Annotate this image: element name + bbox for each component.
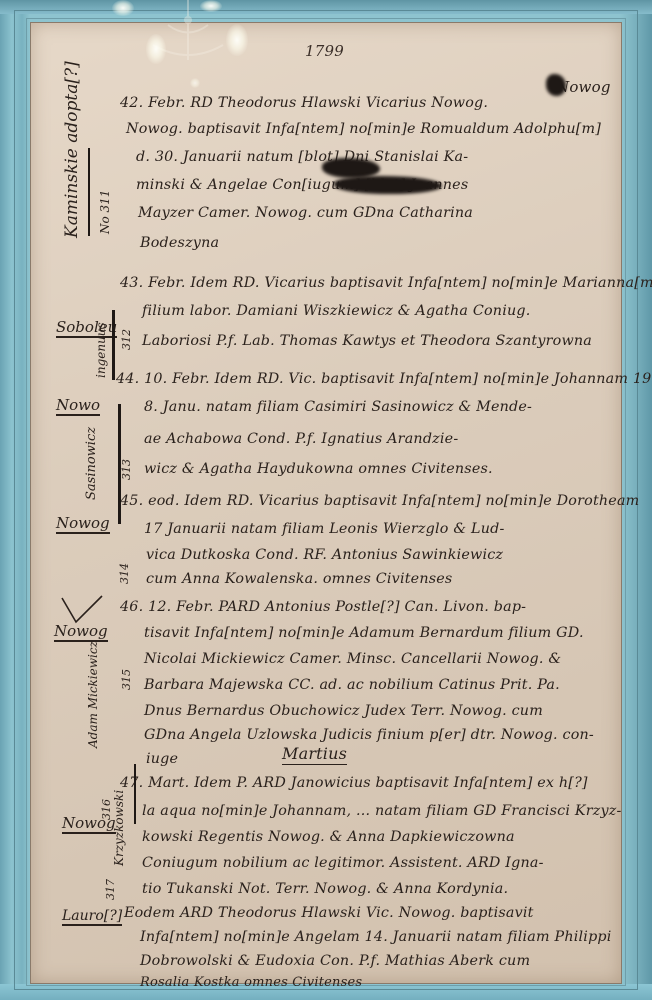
margin-bracket	[112, 310, 115, 380]
march-entry-line-5: tio Tukanski Not. Terr. Nowog. & Anna Ko…	[142, 878, 508, 900]
ink-blot-redaction	[322, 158, 380, 178]
ink-blot	[546, 74, 566, 96]
march-entry-line-7: Infa[ntem] no[min]e Angelam 14. Januarii…	[140, 926, 612, 948]
march-entry-line-3: kowski Regentis Nowog. & Anna Dapkiewicz…	[142, 826, 515, 848]
entry-5-line-6: GDna Angela Uzlowska Judicis finium p[er…	[144, 724, 594, 746]
entry-2-line-1: 43. Febr. Idem RD. Vicarius baptisavit I…	[120, 272, 652, 294]
light-glare	[200, 0, 222, 12]
march-entry-line-8: Dobrowolski & Eudoxia Con. P.f. Mathias …	[140, 950, 530, 972]
entry-5-line-2: tisavit Infa[ntem] no[min]e Adamum Berna…	[144, 622, 584, 644]
entry-1-line-5: Mayzer Camer. Nowog. cum GDna Catharina	[138, 202, 473, 224]
margin-note-4: Nowog	[56, 514, 110, 534]
entry-5-line-5: Dnus Bernardus Obuchowicz Judex Terr. No…	[144, 700, 543, 722]
margin-note-2-number: 312	[120, 329, 133, 350]
margin-note-4-number: 314	[118, 563, 131, 584]
light-glare	[226, 24, 248, 56]
margin-note-2-vertical: ingenuus	[94, 322, 108, 378]
entry-5-line-4: Barbara Majewska CC. ad. ac nobilium Cat…	[144, 674, 560, 696]
margin-rule	[88, 148, 90, 236]
light-glare	[146, 34, 166, 64]
margin-note-5-adam-mickiewicz: Adam Mickiewicz	[86, 641, 100, 748]
margin-note-7-number: 317	[104, 879, 117, 900]
margin-note-7-vertical: Krzyzkowski	[112, 790, 126, 866]
entry-4-line-2: 17 Januarii natam filiam Leonis Wierzglo…	[144, 518, 505, 540]
margin-note-7: Lauro[?]	[62, 908, 122, 926]
entry-1-line-3: d. 30. Januarii natum [blot] Dni Stanisl…	[136, 146, 468, 168]
entry-1-line-6: Bodeszyna	[140, 232, 219, 254]
entry-5-line-1: 46. 12. Febr. PARD Antonius Postle[?] Ca…	[120, 596, 526, 618]
margin-bracket	[118, 404, 121, 524]
entry-5-line-3: Nicolai Mickiewicz Camer. Minsc. Cancell…	[144, 648, 561, 670]
ink-blot-redaction	[334, 176, 442, 194]
light-glare	[190, 78, 200, 88]
entry-4-line-3: vica Dutkoska Cond. RF. Antonius Sawinki…	[146, 544, 503, 566]
entry-4-line-4: cum Anna Kowalenska. omnes Civitenses	[146, 568, 452, 590]
entry-1-line-1: 42. Febr. RD Theodorus Hlawski Vicarius …	[120, 92, 488, 114]
margin-note-1: Kaminskie adopta[?]	[62, 61, 82, 238]
margin-note-5-number: 315	[120, 669, 133, 690]
margin-note-3-number: 313	[120, 459, 133, 480]
entry-3-line-1: 44. 10. Febr. Idem RD. Vic. baptisavit I…	[116, 368, 651, 390]
entry-3-line-2: 8. Janu. natam filiam Casimiri Sasinowic…	[144, 396, 532, 418]
entry-1-line-2: Nowog. baptisavit Infa[ntem] no[min]e Ro…	[126, 118, 601, 140]
entry-5-line-7: iuge	[146, 748, 178, 770]
march-entry-line-9: Rosalia Kostka omnes Civitenses	[140, 972, 362, 994]
margin-note-3-vertical: Sasinowicz	[84, 427, 99, 500]
march-entry-line-2: la aqua no[min]e Johannam, ... natam fil…	[142, 800, 622, 822]
entry-4-line-1: 45. eod. Idem RD. Vicarius baptisavit In…	[120, 490, 639, 512]
entry-3-line-4: wicz & Agatha Haydukowna omnes Civitense…	[144, 458, 493, 480]
margin-rule	[134, 764, 136, 824]
margin-note-2: Soboleu	[56, 318, 117, 338]
entry-2-line-2: filium labor. Damiani Wiszkiewicz & Agat…	[142, 300, 531, 322]
march-entry-line-6: Eodem ARD Theodorus Hlawski Vic. Nowog. …	[124, 902, 534, 924]
march-entry-line-1: 47. Mart. Idem P. ARD Janowicius baptisa…	[120, 772, 588, 794]
year-heading: 1799	[305, 42, 344, 60]
month-heading-martius: Martius	[282, 744, 347, 765]
entry-3-line-3: ae Achabowa Cond. P.f. Ignatius Arandzie…	[144, 428, 458, 450]
margin-arrow-icon	[58, 592, 108, 628]
entry-2-line-3: Laboriosi P.f. Lab. Thomas Kawtys et The…	[142, 330, 592, 352]
march-entry-line-4: Coniugum nobilium ac legitimor. Assisten…	[142, 852, 544, 874]
margin-note-3: Nowo	[56, 396, 100, 416]
light-glare	[112, 0, 134, 16]
margin-note-1-number: No 311	[98, 190, 112, 234]
